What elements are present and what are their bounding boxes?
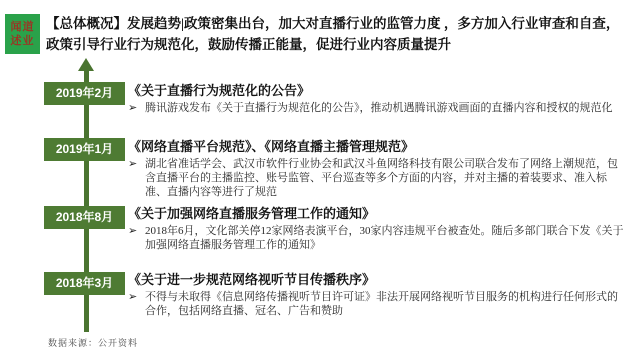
- entry-bullet-text: 腾讯游戏发布《关于直播行为规范化的公告》，推动机遇腾讯游戏画面的直播内容和授权的…: [145, 101, 625, 115]
- brand-badge: 闻道 述业: [5, 14, 40, 54]
- entry-bullet: ➢ 湖北省准话学会、武汉市软件行业协会和武汉斗鱼网络科技有限公司联合发布了网络上…: [128, 157, 630, 199]
- entry-bullet: ➢ 不得与未取得《信息网络传播视听节目许可证》非法开展网络视听节目服务的机构进行…: [128, 290, 630, 318]
- entry-bullet-text: 湖北省准话学会、武汉市软件行业协会和武汉斗鱼网络科技有限公司联合发布了网络上潮规…: [145, 157, 625, 199]
- brand-line1: 闻道: [11, 20, 35, 34]
- page-title: 【总体概况】发展趋势|政策密集出台，加大对直播行业的监管力度 ，多方加入行业审查…: [46, 13, 632, 55]
- timeline-entry: 《关于加强网络直播服务管理工作的通知》 ➢ 2018年6月，文化部关停12家网络…: [128, 206, 630, 252]
- data-source-note: 数据来源：公开资料: [48, 336, 138, 349]
- entry-bullet-text: 不得与未取得《信息网络传播视听节目许可证》非法开展网络视听节目服务的机构进行任何…: [145, 290, 625, 318]
- entry-heading: 《关于加强网络直播服务管理工作的通知》: [128, 206, 630, 222]
- brand-line2: 述业: [11, 34, 35, 48]
- timeline-date-2018-03: 2018年3月: [44, 272, 125, 295]
- entry-heading: 《网络直播平台规范》、《网络直播主播管理规范》: [128, 139, 630, 155]
- timeline-date-2019-01: 2019年1月: [44, 138, 125, 161]
- entry-heading: 《关于进一步规范网络视听节目传播秩序》: [128, 272, 630, 288]
- entry-bullet: ➢ 2018年6月，文化部关停12家网络表演平台，30家内容违规平台被查处。随后…: [128, 224, 630, 252]
- entry-bullet: ➢ 腾讯游戏发布《关于直播行为规范化的公告》，推动机遇腾讯游戏画面的直播内容和授…: [128, 101, 630, 115]
- page-title-line2: 政策引导行业行为规范化，鼓励传播正能量，促进行业内容质量提升: [46, 37, 451, 52]
- timeline-entry: 《关于直播行为规范化的公告》 ➢ 腾讯游戏发布《关于直播行为规范化的公告》，推动…: [128, 83, 630, 115]
- timeline-entry: 《关于进一步规范网络视听节目传播秩序》 ➢ 不得与未取得《信息网络传播视听节目许…: [128, 272, 630, 318]
- timeline-entry: 《网络直播平台规范》、《网络直播主播管理规范》 ➢ 湖北省准话学会、武汉市软件行…: [128, 139, 630, 199]
- timeline-date-2019-02: 2019年2月: [44, 82, 125, 105]
- entry-heading: 《关于直播行为规范化的公告》: [128, 83, 630, 99]
- bullet-arrow-icon: ➢: [128, 157, 145, 171]
- bullet-arrow-icon: ➢: [128, 290, 145, 304]
- page-title-line1: 【总体概况】发展趋势|政策密集出台，加大对直播行业的监管力度 ，多方加入行业审查…: [46, 16, 619, 31]
- timeline-date-2018-08: 2018年8月: [44, 206, 125, 229]
- bullet-arrow-icon: ➢: [128, 224, 145, 238]
- bullet-arrow-icon: ➢: [128, 101, 145, 115]
- entry-bullet-text: 2018年6月，文化部关停12家网络表演平台，30家内容违规平台被查处。随后多部…: [145, 224, 625, 252]
